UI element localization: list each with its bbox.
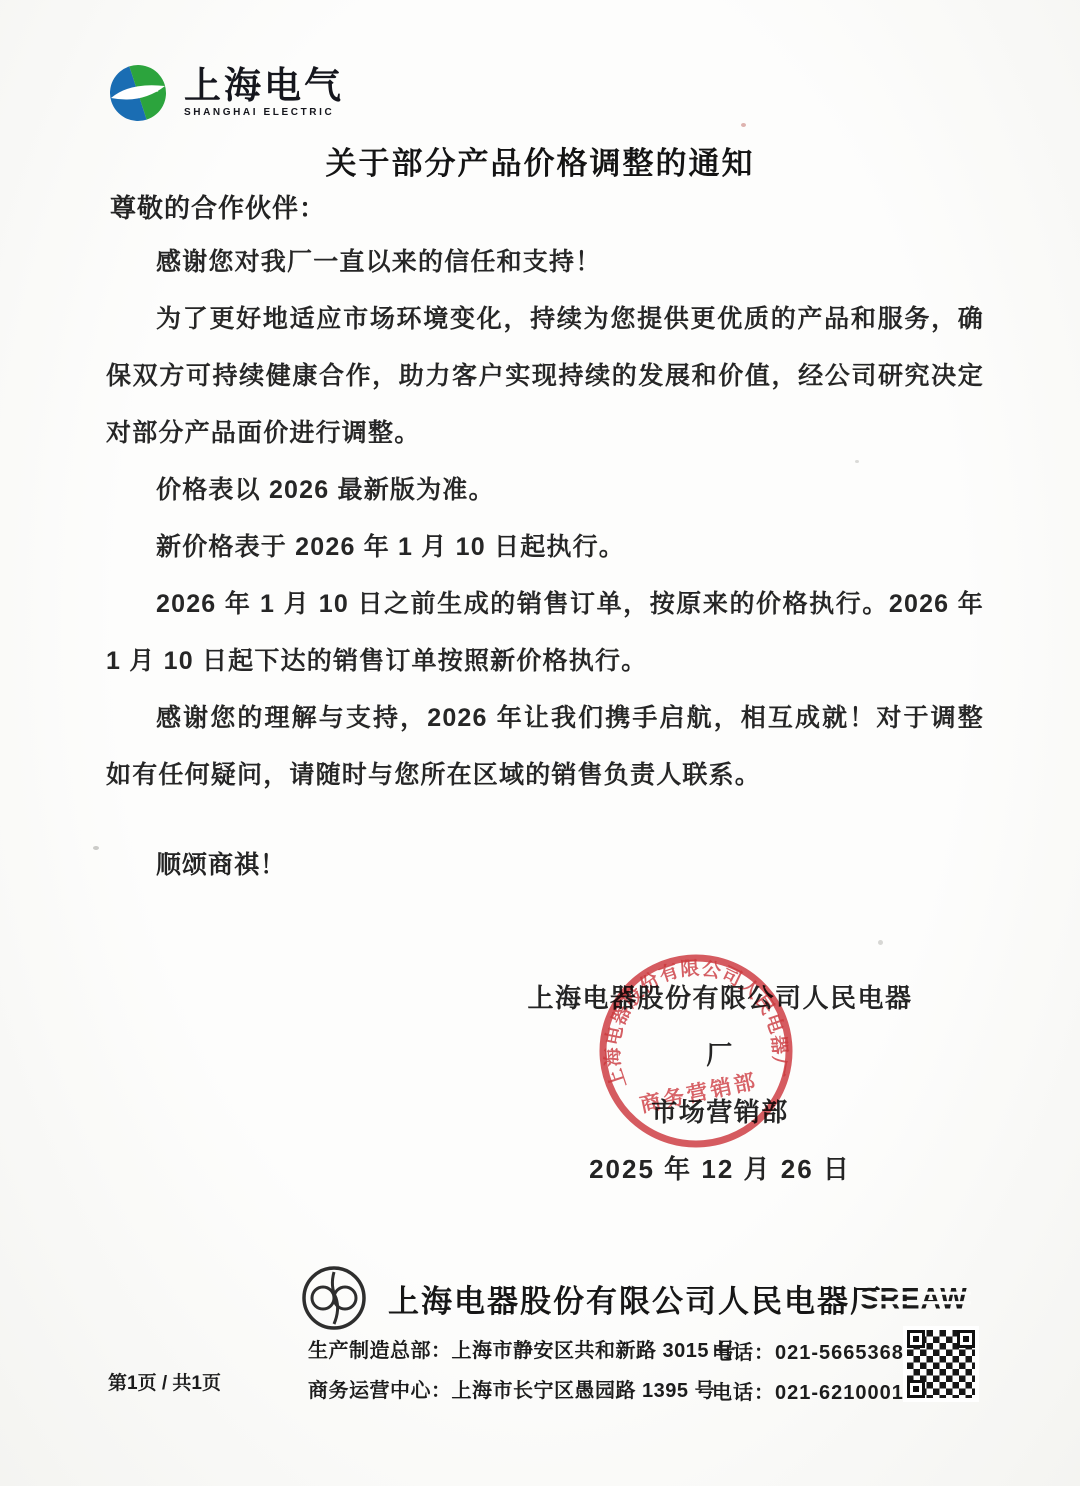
footer-phone-value: 021-56653680: [775, 1342, 916, 1364]
letter-paragraph: 感谢您对我厂一直以来的信任和支持！: [106, 234, 984, 291]
logo-name-en: SHANGHAI ELECTRIC: [184, 107, 344, 118]
letter-closing: 顺颂商祺！: [106, 845, 286, 881]
scan-speck: [741, 123, 746, 127]
footer-phone-label: 电话：: [712, 1382, 775, 1404]
seal-ring-text: 上海电器股份有限公司人民电器厂: [593, 949, 793, 1095]
svg-text:上海电器股份有限公司人民电器厂: 上海电器股份有限公司人民电器厂: [593, 949, 793, 1095]
footer-phone-value: 021-62100013: [775, 1382, 916, 1404]
people-electric-logo-icon: [296, 1262, 372, 1343]
scan-speck: [855, 460, 859, 463]
footer-address-value: 上海市静安区共和新路 3015 号: [452, 1340, 736, 1362]
letter-paragraph: 为了更好地适应市场环境变化，持续为您提供更优质的产品和服务，确保双方可持续健康合…: [106, 291, 984, 462]
letter-body: 感谢您对我厂一直以来的信任和支持！ 为了更好地适应市场环境变化，持续为您提供更优…: [106, 234, 984, 804]
letter-salutation: 尊敬的合作伙伴：: [110, 188, 326, 225]
footer-phone-label: 电话：: [712, 1342, 775, 1364]
scan-speck: [878, 940, 883, 945]
page-indicator: 第1页 / 共1页: [108, 1368, 221, 1395]
footer-company-name: 上海电器股份有限公司人民电器厂: [388, 1276, 883, 1321]
company-seal-icon: 上海电器股份有限公司人民电器厂 商务营销部: [586, 940, 805, 1163]
qr-finder-icon: [907, 1380, 925, 1398]
qr-code: [903, 1326, 979, 1402]
letter-title: 关于部分产品价格调整的通知: [0, 138, 1080, 183]
letter-paragraph: 感谢您的理解与支持，2026 年让我们携手启航，相互成就！对于调整如有任何疑问，…: [106, 690, 984, 804]
footer-address-value: 上海市长宁区愚园路 1395 号: [452, 1380, 716, 1402]
footer-phone-1: 电话：021-56653680: [712, 1336, 916, 1365]
letter-paragraph: 价格表以 2026 最新版为准。: [106, 462, 984, 519]
seal-center-text: 商务营销部: [638, 1069, 760, 1117]
logo-name-cn: 上海电气: [184, 66, 344, 106]
scanned-letter-page: 上海电气 SHANGHAI ELECTRIC 关于部分产品价格调整的通知 尊敬的…: [0, 0, 1080, 1486]
footer-phone-2: 电话：021-62100013: [712, 1376, 916, 1405]
qr-finder-icon: [957, 1330, 975, 1348]
scan-speck: [93, 846, 99, 850]
footer-address-label: 生产制造总部：: [308, 1340, 452, 1362]
qr-pattern: [907, 1330, 975, 1398]
brand-logotype: SREAW: [860, 1282, 968, 1316]
qr-finder-icon: [907, 1330, 925, 1348]
letter-paragraph: 2026 年 1 月 10 日之前生成的销售订单，按原来的价格执行。2026 年…: [106, 576, 984, 690]
shanghai-electric-logo-icon: [104, 62, 172, 126]
shanghai-electric-logo: 上海电气 SHANGHAI ELECTRIC: [104, 62, 344, 126]
letter-paragraph: 新价格表于 2026 年 1 月 10 日起执行。: [106, 519, 984, 576]
footer-address-production: 生产制造总部：上海市静安区共和新路 3015 号: [308, 1334, 736, 1363]
footer-address-label: 商务运营中心：: [308, 1380, 452, 1402]
footer-address-business: 商务运营中心：上海市长宁区愚园路 1395 号: [308, 1374, 715, 1403]
